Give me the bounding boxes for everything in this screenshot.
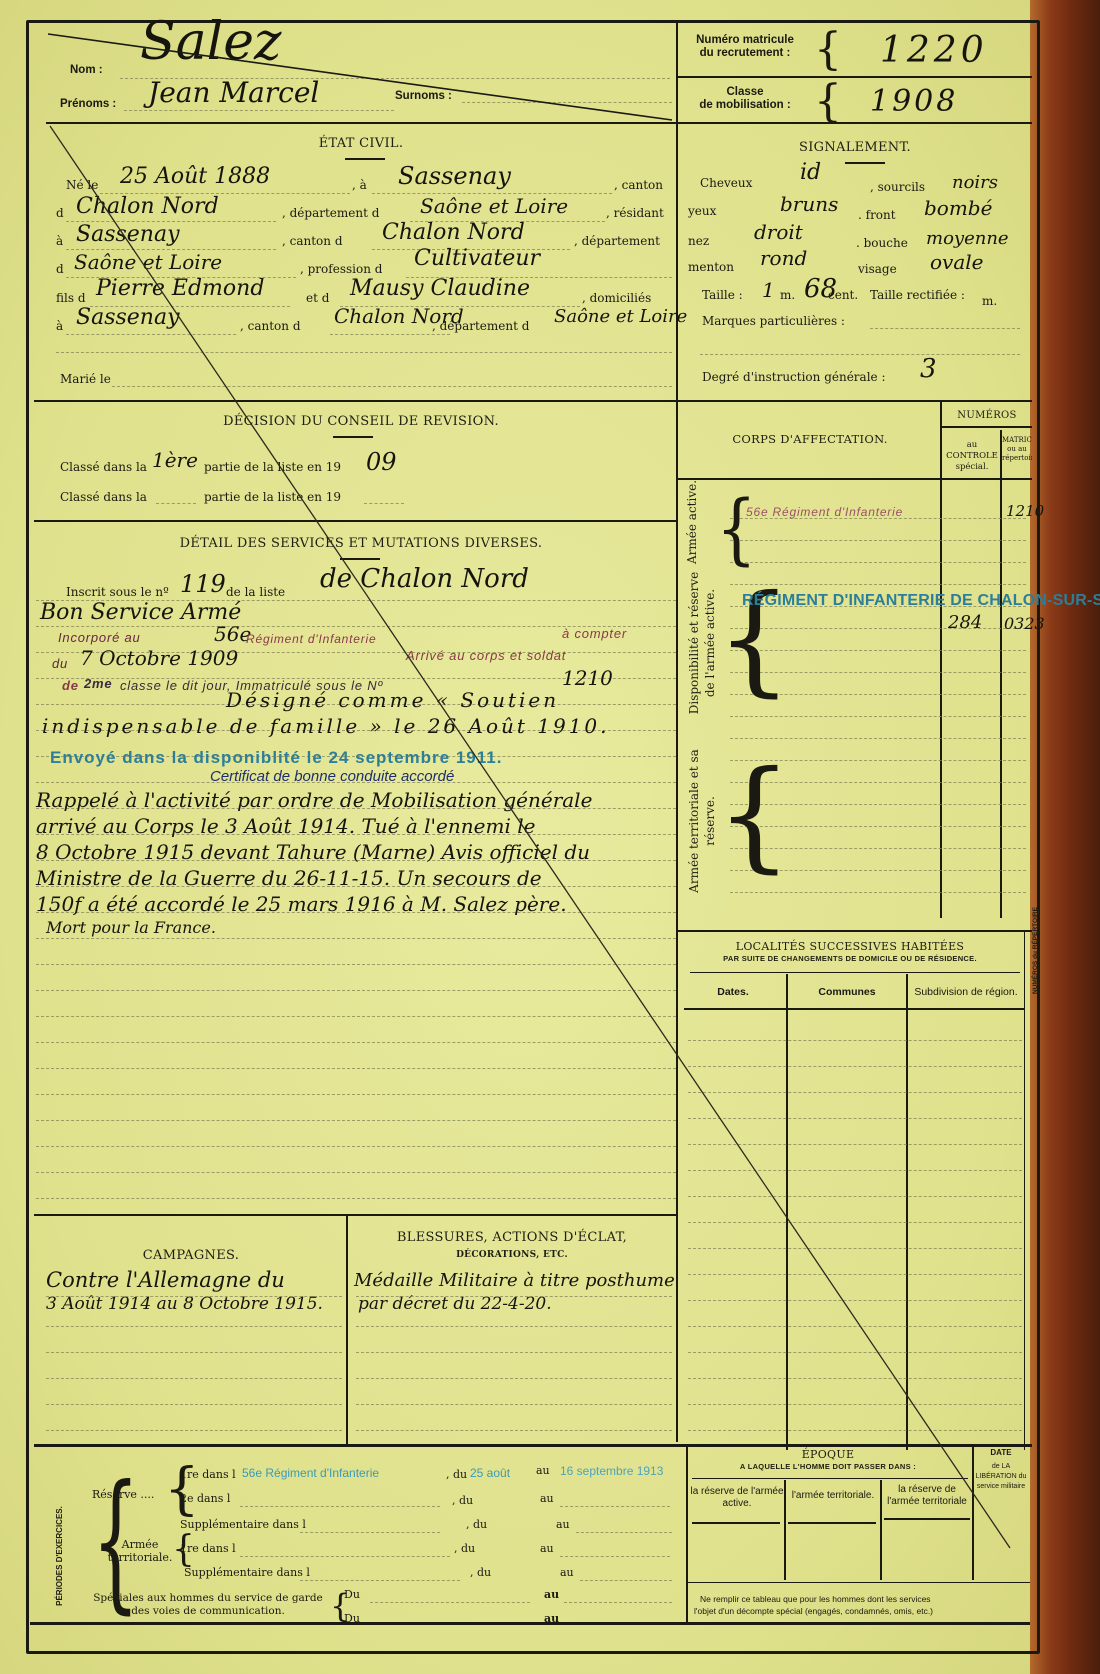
bottom-frame-line — [30, 1622, 1030, 1625]
canton-residence-value: Chalon Nord — [382, 220, 525, 245]
prenoms-rule — [124, 110, 394, 111]
campagnes-blessures-divider — [346, 1214, 348, 1444]
note-line: Ministre de la Guerre du 26-11-15. Un se… — [36, 866, 542, 890]
surnoms-rule — [462, 102, 672, 103]
periode-row-label: Supplémentaire dans l — [180, 1518, 306, 1531]
profession-label: , profession d — [300, 262, 382, 276]
territoriale-label: Armée territoriale et sa réserve. — [686, 746, 718, 896]
annee-value-1: 09 — [366, 448, 397, 476]
note-line: arrivé au Corps le 3 Août 1914. Tué à l'… — [36, 814, 535, 838]
classe-2-stamp: 2me — [84, 676, 112, 691]
a3-label: à — [56, 319, 63, 333]
conseil-revision-title: DÉCISION DU CONSEIL DE REVISION. — [46, 414, 676, 429]
taille-m-value: 1 — [762, 278, 775, 302]
etat-civil-title-underline — [345, 158, 385, 160]
partie-liste-label-1: partie de la liste en 19 — [204, 460, 341, 474]
residence-value: Sassenay — [76, 222, 180, 247]
bon-service-value: Bon Service Armé — [40, 600, 241, 625]
classe-dans-label-2: Classé dans la — [60, 490, 147, 504]
periode-du-label: , du — [454, 1542, 475, 1555]
immatricule-value: 1210 — [562, 666, 613, 690]
date-naissance-value: 25 Août 1888 — [120, 164, 270, 189]
marques-rule2 — [700, 354, 1020, 355]
note-line: Désigné comme « Soutien — [226, 688, 559, 712]
nez-value: droit — [754, 220, 803, 244]
nez-label: nez — [688, 234, 709, 248]
header-divider-matricule — [678, 76, 1032, 78]
territoriale-periodes-label: Armée territoriale. — [104, 1538, 176, 1564]
canton-label: , canton — [614, 178, 663, 192]
mort-pour-la-france-note: Mort pour la France. — [46, 918, 216, 937]
yeux-value: bruns — [780, 192, 838, 216]
epoque-col-territoriale: l'armée territoriale. — [786, 1490, 880, 1502]
disponibilite-matricule-value: 0323 — [1004, 614, 1045, 633]
marie-rule — [112, 386, 672, 387]
services-top-divider — [34, 520, 676, 522]
epoque-col2-underline — [788, 1522, 876, 1524]
periode-row-label: Supplémentaire dans l — [184, 1566, 310, 1579]
localites-subtitle-underline — [690, 972, 1020, 973]
yeux-label: yeux — [688, 204, 716, 218]
classe-brace-icon: { — [814, 80, 842, 124]
domicile-rule — [66, 334, 236, 335]
lieu-naissance-value: Sassenay — [398, 162, 511, 190]
periode-du-label: , du — [452, 1494, 473, 1507]
blank-rule — [56, 352, 672, 353]
classe-value: 1908 — [870, 84, 958, 119]
corps-top-divider — [678, 400, 1032, 402]
note-line: Rappelé à l'activité par ordre de Mobili… — [36, 788, 592, 812]
bouche-value: moyenne — [926, 228, 1009, 249]
book-binding — [1030, 0, 1100, 1674]
residant-label: , résidant — [606, 206, 664, 220]
instruction-value: 3 — [920, 354, 937, 384]
matricule-label-line1: Numéro matricule — [690, 34, 800, 47]
blessures-title: BLESSURES, ACTIONS D'ÉCLAT, — [348, 1230, 676, 1245]
epoque-note-line2: l'objet d'un décompte spécial (engagés, … — [694, 1606, 933, 1616]
marques-rule — [870, 328, 1020, 329]
matricule-label-line2: du recrutement : — [690, 47, 800, 60]
taille-m-label: m. — [780, 288, 795, 302]
a-compter-stamp: à compter — [562, 626, 627, 641]
domicile-value: Sassenay — [76, 305, 180, 330]
departement-naissance-value: Saône et Loire — [420, 194, 568, 218]
reserve-label: Réserve .... — [92, 1488, 154, 1501]
visage-label: visage — [858, 262, 897, 276]
matricule-label: Numéro matricule du recrutement : — [690, 34, 800, 60]
localites-side-label: NUMÉROS du RÉPERTOIRE — [1028, 930, 1044, 994]
blessure-line: par décret du 22-4-20. — [358, 1294, 552, 1314]
de-label: de — [62, 678, 79, 693]
numeros-title-divider — [942, 426, 1032, 428]
epoque-col-reserve-territoriale: la réserve de l'armée territoriale — [882, 1484, 972, 1508]
localites-side-divider — [1024, 930, 1025, 1450]
etat-civil-title: ÉTAT CIVIL. — [46, 136, 676, 151]
instruction-label: Degré d'instruction générale : — [702, 370, 886, 384]
inscrit-label: Inscrit sous le nº — [66, 585, 169, 599]
epoque-title: ÉPOQUE — [688, 1448, 968, 1461]
periode-au-label: au — [540, 1492, 554, 1505]
periode-row-label: 1re dans l — [180, 1468, 236, 1481]
periode-row-label: 1re dans l — [180, 1542, 236, 1555]
periodes-side-label: PÉRIODES D'EXERCICES. — [52, 1496, 68, 1616]
prenoms-label: Prénoms : — [60, 98, 116, 110]
liste-value: de Chalon Nord — [320, 564, 529, 594]
prenoms-value: Jean Marcel — [148, 76, 319, 109]
cheveux-label: Cheveux — [700, 176, 752, 190]
epoque-note-divider — [688, 1582, 1030, 1583]
services-title-underline — [340, 558, 380, 560]
mere-value: Mausy Claudine — [350, 276, 530, 301]
incorpore-regiment-stamp: Régiment d'Infanterie — [246, 632, 377, 646]
campagnes-top-divider — [34, 1214, 676, 1216]
localites-subtitle: PAR SUITE DE CHANGEMENTS DE DOMICILE OU … — [680, 954, 1020, 963]
departement-residence-value: Saône et Loire — [74, 250, 222, 274]
classe-label-line2: de mobilisation : — [690, 99, 800, 112]
du-label: du — [52, 656, 68, 671]
periode-au-label: au — [536, 1464, 550, 1477]
col-communes-header: Communes — [788, 986, 906, 998]
localites-top-divider — [678, 930, 1032, 932]
revision-title-underline — [333, 436, 373, 438]
disponibilite-stamp: Envoyé dans la disponiblité le 24 septem… — [50, 748, 502, 768]
profession-value: Cultivateur — [414, 246, 540, 271]
periode-du-label: , du — [466, 1518, 487, 1531]
sourcils-label: , sourcils — [870, 180, 925, 194]
incorpore-label: Incorporé au — [58, 630, 141, 645]
col-dates-header: Dates. — [680, 986, 786, 998]
marques-label: Marques particulières : — [702, 314, 845, 328]
territoriale-brace-icon: { — [716, 756, 792, 876]
periode-au-label: au — [540, 1542, 554, 1555]
et-label: et d — [306, 291, 329, 305]
periode-au-label: au — [544, 1612, 559, 1625]
disponibilite-controle-value: 284 — [948, 612, 982, 633]
a-label: , à — [352, 178, 367, 192]
marie-label: Marié le — [60, 372, 111, 386]
matricule-value: 1220 — [880, 30, 988, 71]
signalement-title-underline — [845, 162, 885, 164]
sourcils-value: noirs — [952, 172, 998, 193]
canton3-rule — [330, 334, 450, 335]
epoque-col1-underline — [692, 1522, 780, 1524]
periode-au-value: 16 septembre 1913 — [560, 1464, 663, 1478]
col-matricule-header: MATRICULE ou au répertoire. — [1002, 436, 1032, 476]
date-incorporation-value: 7 Octobre 1909 — [80, 646, 238, 670]
periode-au-label: au — [560, 1566, 574, 1579]
numeros-title: NUMÉROS — [942, 410, 1032, 421]
revision-top-divider — [34, 400, 676, 402]
periode-row-unit: 56e Régiment d'Infanterie — [242, 1466, 379, 1480]
armee-active-brace-icon: { — [716, 492, 757, 569]
header-divider-right — [678, 122, 1032, 124]
epoque-note-line1: Ne remplir ce tableau que pour les homme… — [700, 1594, 931, 1604]
col-subdivision-header: Subdivision de région. — [908, 986, 1024, 998]
partie-value-1: 1ère — [152, 448, 198, 472]
departement2-label: , département — [574, 234, 660, 248]
de-label: d — [56, 262, 64, 276]
corps-affectation-title: CORPS D'AFFECTATION. — [680, 432, 940, 446]
armee-active-entry-stamp: 56e Régiment d'Infanterie — [746, 505, 903, 519]
front-label: . front — [858, 208, 896, 222]
services-title: DÉTAIL DES SERVICES ET MUTATIONS DIVERSE… — [46, 536, 676, 551]
numeros-header-divider — [942, 478, 1032, 480]
domicilies-label: , domiciliés — [582, 291, 651, 305]
canton-naissance-value: Chalon Nord — [76, 194, 219, 219]
liste-label: de la liste — [226, 585, 285, 599]
periode-row-label: Du — [344, 1588, 360, 1601]
nom-value: Salez — [140, 12, 281, 72]
blessures-subtitle: DÉCORATIONS, ETC. — [348, 1250, 676, 1260]
campagne-line: 3 Août 1914 au 8 Octobre 1915. — [46, 1294, 323, 1314]
bouche-label: . bouche — [856, 236, 908, 250]
campagne-line: Contre l'Allemagne du — [46, 1268, 285, 1292]
corps-header-divider — [678, 478, 940, 480]
epoque-underline — [692, 1478, 968, 1479]
periode-row-label: 2e dans l — [180, 1492, 230, 1505]
classe-label: Classe de mobilisation : — [690, 86, 800, 112]
note-line: indispensable de famille » le 26 Août 19… — [42, 714, 610, 738]
canton3-label: , canton d — [240, 319, 301, 333]
taille-rectifiee-label: Taille rectifiée : — [870, 288, 965, 302]
periode-du-label: , du — [446, 1468, 467, 1481]
col-controle-header: au CONTROLE spécial. — [944, 440, 1000, 473]
arrive-stamp: Arrivé au corps et soldat — [406, 648, 566, 663]
periode-row-label: Du — [344, 1612, 360, 1625]
taille-cm-label: cent. — [828, 288, 858, 302]
nom-label: Nom : — [70, 64, 103, 76]
header-divider-left — [46, 122, 676, 124]
matricule-brace-icon: { — [814, 28, 842, 72]
date-liberation-title: DATE — [974, 1448, 1028, 1457]
localites-header-divider — [684, 1008, 1024, 1010]
speciales-label: Spéciales aux hommes du service de garde… — [88, 1592, 328, 1618]
ne-le-label: Né le — [66, 178, 98, 192]
menton-label: menton — [688, 260, 734, 274]
disponibilite-entry-stamp: RÉGIMENT D'INFANTERIE DE CHALON-SUR-SAÔN… — [742, 592, 1100, 610]
d-label: d — [56, 206, 64, 220]
main-column-divider — [676, 22, 678, 1442]
periodes-top-divider — [34, 1444, 1032, 1447]
epoque-subtitle: A LAQUELLE L'HOMME DOIT PASSER DANS : — [688, 1462, 968, 1471]
visage-value: ovale — [930, 250, 984, 274]
note-line: 150f a été accordé le 25 mars 1916 à M. … — [36, 892, 567, 916]
blessure-line: Médaille Militaire à titre posthume — [354, 1270, 675, 1291]
canton2-label: , canton d — [282, 234, 343, 248]
departement-label: , département d — [282, 206, 379, 220]
certificat-stamp: Certificat de bonne conduite accordé — [210, 768, 454, 785]
classe-label-line1: Classe — [690, 86, 800, 99]
a2-label: à — [56, 234, 63, 248]
disponibilite-label: Disponibilité et réserve de l'armée acti… — [686, 568, 718, 718]
periode-du-label: , du — [470, 1566, 491, 1579]
periode-au-label: au — [544, 1588, 559, 1601]
armee-active-label: Armée active. — [684, 494, 700, 564]
periode-au-label: au — [556, 1518, 570, 1531]
taille-label: Taille : — [702, 288, 743, 302]
date-liberation-subtitle: de LA LIBÉRATION du service militaire — [974, 1462, 1028, 1492]
departement-domicile-value: Saône et Loire — [554, 306, 687, 327]
departement3-label: , département d — [432, 319, 529, 333]
note-line: 8 Octobre 1915 devant Tahure (Marne) Avi… — [36, 840, 590, 864]
annee-rule-2 — [364, 503, 404, 504]
partie-rule-2 — [156, 503, 196, 504]
numeros-col-divider — [1000, 430, 1002, 918]
inscrit-numero-value: 119 — [180, 570, 226, 598]
front-value: bombé — [924, 196, 992, 220]
localites-title: LOCALITÉS SUCCESSIVES HABITÉES — [680, 940, 1020, 953]
periode-du-value: 25 août — [470, 1466, 510, 1480]
cheveux-value: id — [800, 160, 821, 185]
fils-label: fils d — [56, 291, 86, 305]
epoque-col3-underline — [884, 1518, 970, 1520]
partie-liste-label-2: partie de la liste en 19 — [204, 490, 341, 504]
epoque-col-reserve-active: la réserve de l'armée active. — [690, 1486, 784, 1510]
armee-active-matricule-value: 1210 — [1006, 502, 1044, 520]
classe-dans-label-1: Classé dans la — [60, 460, 147, 474]
surnoms-label: Surnoms : — [395, 90, 452, 102]
pere-value: Pierre Edmond — [96, 276, 264, 301]
campagnes-title: CAMPAGNES. — [36, 1248, 346, 1263]
menton-value: rond — [760, 246, 807, 270]
signalement-title: SIGNALEMENT. — [678, 140, 1032, 155]
taille-rectifiee-m-label: m. — [982, 294, 997, 308]
